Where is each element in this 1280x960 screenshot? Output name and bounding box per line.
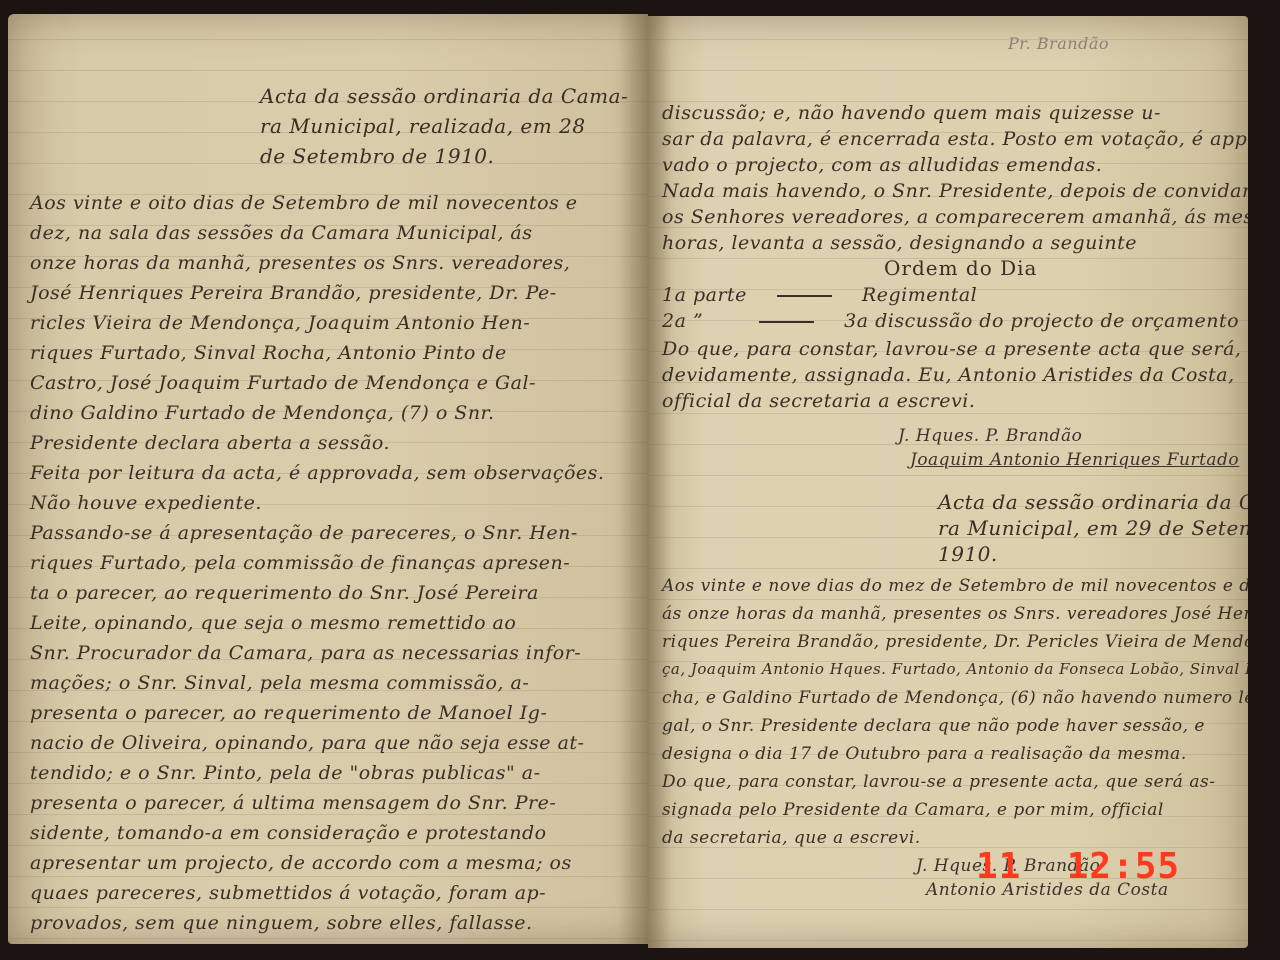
dash-divider [759, 321, 814, 323]
handwritten-line: riques Furtado, Sinval Rocha, Antonio Pi… [30, 342, 507, 364]
handwritten-line: Passando-se á apresentação de pareceres,… [30, 522, 578, 544]
handwritten-line: signada pelo Presidente da Camara, e por… [662, 800, 1164, 820]
handwritten-line: presenta o parecer, ao requerimento de M… [30, 702, 547, 724]
signature: J. Hques. P. Brandão [898, 426, 1082, 446]
minutes-title-line: de Setembro de 1910. [260, 144, 494, 168]
order-part-desc: Regimental [862, 284, 977, 306]
handwritten-line: Feita por leitura da acta, é approvada, … [30, 462, 604, 484]
handwritten-line: mações; o Snr. Sinval, pela mesma commis… [30, 672, 529, 694]
handwritten-line: Presidente declara aberta a sessão. [30, 432, 390, 454]
order-of-day-item: 2a ”3a discussão do projecto de orçament… [662, 310, 1239, 332]
open-ledger-photo: Acta da sessão ordinaria da Cama- ra Mun… [0, 0, 1280, 960]
handwritten-line: tendido; e o Snr. Pinto, pela de "obras … [30, 762, 541, 784]
handwritten-line: ta o parecer, ao requerimento do Snr. Jo… [30, 582, 539, 604]
handwritten-line: gal, o Snr. Presidente declara que não p… [662, 716, 1205, 736]
handwritten-line: horas, levanta a sessão, designando a se… [662, 232, 1137, 254]
order-of-day-item: 1a parteRegimental [662, 284, 977, 306]
order-part-desc: 3a discussão do projecto de orçamento [844, 310, 1239, 332]
handwritten-line: presenta o parecer, á ultima mensagem do… [30, 792, 556, 814]
handwritten-line: onze horas da manhã, presentes os Snrs. … [30, 252, 570, 274]
handwritten-line: nacio de Oliveira, opinando, para que nã… [30, 732, 584, 754]
handwritten-line: quaes pareceres, submettidos á votação, … [30, 882, 546, 904]
handwritten-line: sar da palavra, é encerrada esta. Posto … [662, 128, 1248, 150]
order-part-label: 2a ” [662, 310, 703, 332]
handwritten-line: apresentar um projecto, de accordo com a… [30, 852, 572, 874]
minutes-title-line: ra Municipal, realizada, em 28 [260, 114, 586, 138]
handwritten-line: Leite, opinando, que seja o mesmo remett… [30, 612, 516, 634]
order-of-day-heading: Ordem do Dia [884, 256, 1037, 280]
handwritten-line: discussão; e, não havendo quem mais quiz… [662, 102, 1161, 124]
handwritten-line: Não houve expediente. [30, 492, 262, 514]
handwritten-line: riques Pereira Brandão, presidente, Dr. … [662, 632, 1248, 652]
handwritten-line: dino Galdino Furtado de Mendonça, (7) o … [30, 402, 495, 424]
handwritten-line: os Senhores vereadores, a comparecerem a… [662, 206, 1248, 228]
handwritten-line: dez, na sala das sessões da Camara Munic… [30, 222, 533, 244]
handwritten-line: Aos vinte e oito dias de Setembro de mil… [30, 192, 578, 214]
handwritten-line: devidamente, assignada. Eu, Antonio Aris… [662, 364, 1235, 386]
timestamp-day: 11 [976, 846, 1021, 887]
handwritten-line: ricles Vieira de Mendonça, Joaquim Anton… [30, 312, 530, 334]
handwritten-line: ás onze horas da manhã, presentes os Snr… [662, 604, 1248, 624]
handwritten-line: Nada mais havendo, o Snr. Presidente, de… [662, 180, 1248, 202]
minutes-title-line: ra Municipal, em 29 de Setembro de [938, 516, 1248, 540]
handwritten-line: designa o dia 17 de Outubro para a reali… [662, 744, 1187, 764]
handwritten-line: Do que, para constar, lavrou-se a presen… [662, 772, 1215, 792]
signature: Joaquim Antonio Henriques Furtado [910, 450, 1239, 470]
handwritten-line: Do que, para constar, lavrou-se a presen… [662, 338, 1241, 360]
handwritten-line: vado o projecto, com as alludidas emenda… [662, 154, 1102, 176]
handwritten-line: Castro, José Joaquim Furtado de Mendonça… [30, 372, 536, 394]
handwritten-line: da secretaria, que a escrevi. [662, 828, 921, 848]
camera-date-timestamp: 11 12:55 [976, 846, 1180, 887]
minutes-title-line: 1910. [938, 542, 998, 566]
left-page: Acta da sessão ordinaria da Cama- ra Mun… [8, 14, 648, 944]
handwritten-line: Aos vinte e nove dias do mez de Setembro… [662, 576, 1248, 596]
handwritten-line: riques Furtado, pela commissão de finanç… [30, 552, 570, 574]
handwritten-line: José Henriques Pereira Brandão, presiden… [30, 282, 557, 304]
handwritten-line: official da secretaria a escrevi. [662, 390, 975, 412]
right-page: Pr. Brandão discussão; e, não havendo qu… [648, 16, 1248, 948]
pencil-annotation: Pr. Brandão [1008, 34, 1109, 53]
handwritten-line: ça, Joaquim Antonio Hques. Furtado, Anto… [662, 660, 1248, 678]
handwritten-line: cha, e Galdino Furtado de Mendonça, (6) … [662, 688, 1248, 708]
dash-divider [777, 295, 832, 297]
handwritten-line: sidente, tomando-a em consideração e pro… [30, 822, 547, 844]
timestamp-time: 12:55 [1067, 846, 1180, 887]
order-part-label: 1a parte [662, 284, 747, 306]
minutes-title-line: Acta da sessão ordinaria da Cama- [938, 490, 1248, 514]
minutes-title-line: Acta da sessão ordinaria da Cama- [260, 84, 628, 108]
handwritten-line: provados, sem que ninguem, sobre elles, … [30, 912, 533, 934]
handwritten-line: Snr. Procurador da Camara, para as neces… [30, 642, 581, 664]
